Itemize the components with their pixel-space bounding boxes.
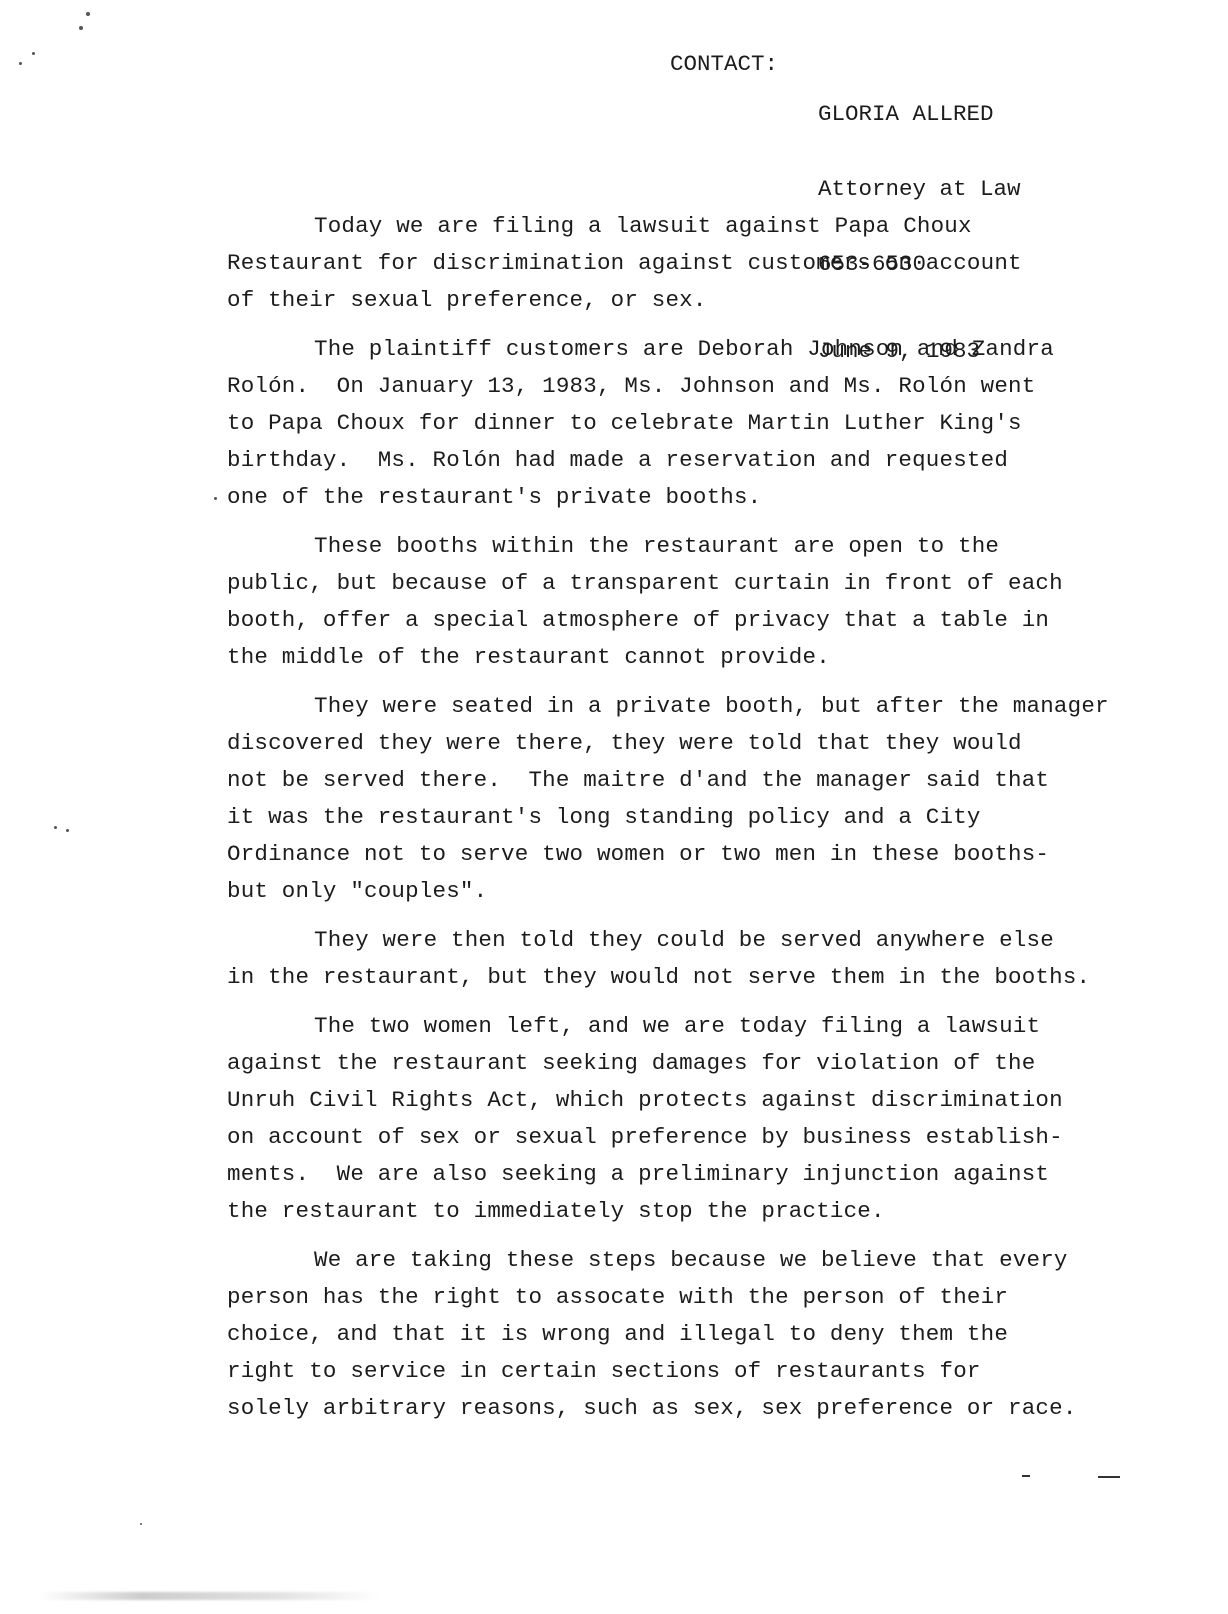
text-line: They were then told they could be served… [227,922,1217,959]
text-line: public, but because of a transparent cur… [227,565,1217,602]
paragraph: They were seated in a private booth, but… [227,688,1217,910]
text-line: These booths within the restaurant are o… [227,528,1217,565]
text-line: to Papa Choux for dinner to celebrate Ma… [227,405,1217,442]
paragraph: They were then told they could be served… [227,922,1217,996]
text-line: one of the restaurant's private booths. [227,479,1217,516]
paragraph: The plaintiff customers are Deborah John… [227,331,1217,516]
text-line: The two women left, and we are today fil… [227,1008,1217,1045]
scan-speck [19,62,22,65]
text-line: it was the restaurant's long standing po… [227,799,1217,836]
scan-smudge [40,1592,380,1600]
text-line: The plaintiff customers are Deborah John… [227,331,1217,368]
contact-name: GLORIA ALLRED [818,102,1021,127]
text-line: They were seated in a private booth, but… [227,688,1217,725]
scan-speck [54,826,57,829]
document-page: CONTACT: GLORIA ALLRED Attorney at Law 6… [0,0,1228,1614]
scan-speck [79,26,83,30]
text-line: choice, and that it is wrong and illegal… [227,1316,1217,1353]
paragraph: Today we are filing a lawsuit against Pa… [227,208,1217,319]
scan-speck [214,497,217,500]
text-line: solely arbitrary reasons, such as sex, s… [227,1390,1217,1427]
text-line: the restaurant to immediately stop the p… [227,1193,1217,1230]
contact-title: Attorney at Law [818,177,1021,202]
text-line: Restaurant for discrimination against cu… [227,245,1217,282]
paragraph: We are taking these steps because we bel… [227,1242,1217,1427]
paragraph: These booths within the restaurant are o… [227,528,1217,676]
text-line: Today we are filing a lawsuit against Pa… [227,208,1217,245]
scan-dash [1022,1475,1030,1477]
text-line: but only "couples". [227,873,1217,910]
text-line: booth, offer a special atmosphere of pri… [227,602,1217,639]
text-line: the middle of the restaurant cannot prov… [227,639,1217,676]
text-line: not be served there. The maitre d'and th… [227,762,1217,799]
scan-dash [1098,1476,1120,1478]
text-line: against the restaurant seeking damages f… [227,1045,1217,1082]
text-line: ments. We are also seeking a preliminary… [227,1156,1217,1193]
text-line: person has the right to assocate with th… [227,1279,1217,1316]
text-line: right to service in certain sections of … [227,1353,1217,1390]
scan-speck [86,12,90,16]
paragraph: The two women left, and we are today fil… [227,1008,1217,1230]
text-line: Ordinance not to serve two women or two … [227,836,1217,873]
text-line: Rolón. On January 13, 1983, Ms. Johnson … [227,368,1217,405]
text-line: Unruh Civil Rights Act, which protects a… [227,1082,1217,1119]
text-line: in the restaurant, but they would not se… [227,959,1217,996]
text-line: discovered they were there, they were to… [227,725,1217,762]
text-line: birthday. Ms. Rolón had made a reservati… [227,442,1217,479]
scan-speck [140,1523,142,1525]
text-line: of their sexual preference, or sex. [227,282,1217,319]
text-line: We are taking these steps because we bel… [227,1242,1217,1279]
scan-speck [66,829,69,832]
scan-speck [32,52,35,55]
press-release-body: Today we are filing a lawsuit against Pa… [227,208,1217,1439]
text-line: on account of sex or sexual preference b… [227,1119,1217,1156]
